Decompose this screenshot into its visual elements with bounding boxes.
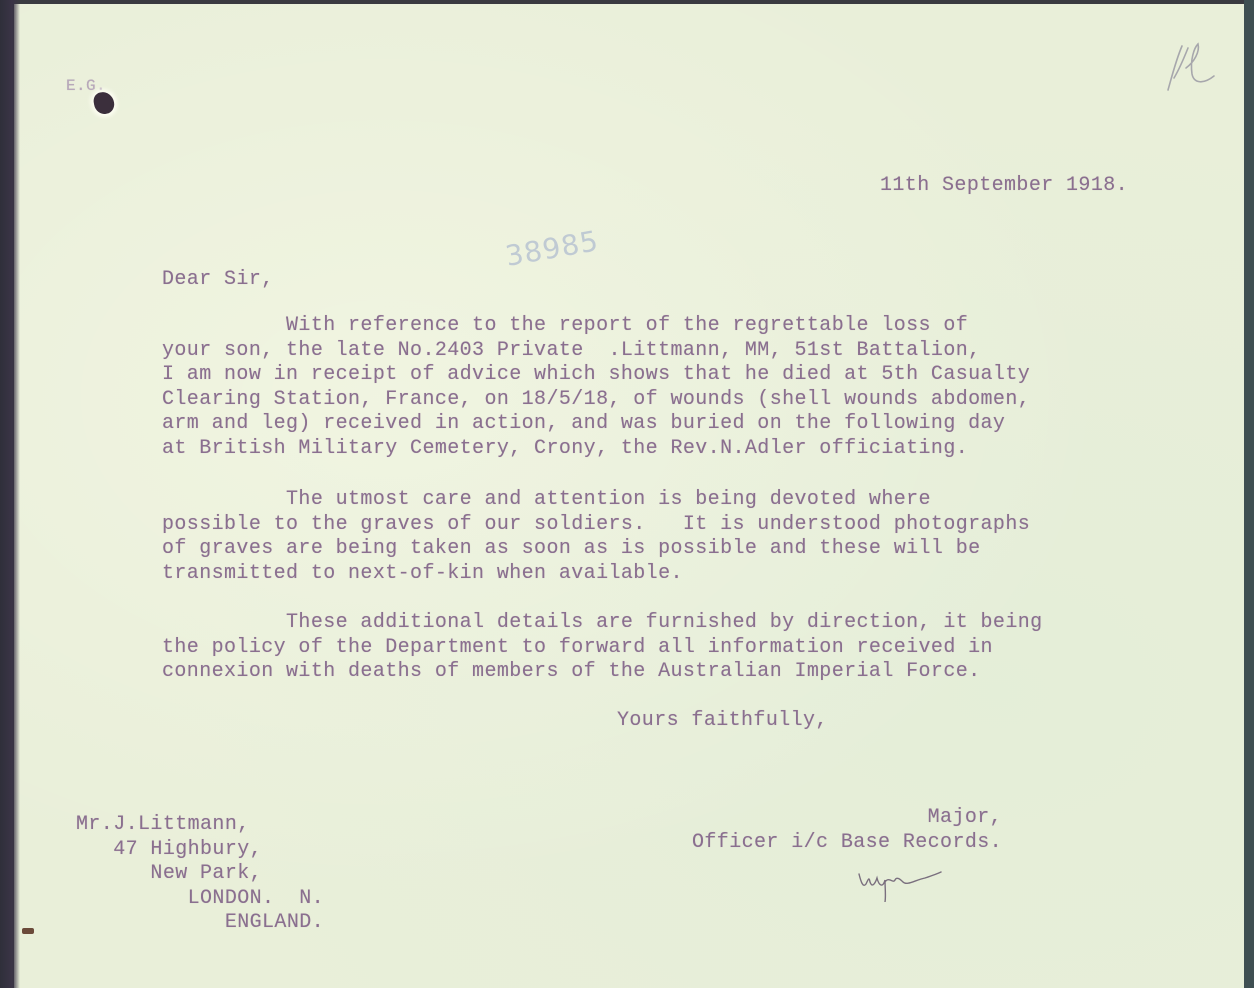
paragraph-line: connexion with deaths of members of the … [162,660,1043,685]
signatory-title: Officer i/c Base Records. [692,831,1002,856]
address-line: 47 Highbury, [76,838,324,863]
paper-top-edge [0,0,1254,4]
paragraph-line: These additional details are furnished b… [162,611,1043,636]
address-line: New Park, [76,862,324,887]
closing: Yours faithfully, [617,709,828,734]
signature-block: Major,Officer i/c Base Records. [692,806,1002,855]
paragraph-line: With reference to the report of the regr… [162,314,1030,339]
paragraph-1: With reference to the report of the regr… [162,314,1030,461]
paragraph-line: I am now in receipt of advice which show… [162,363,1030,388]
address-line: ENGLAND. [76,911,324,936]
stray-mark [22,928,34,934]
letter-date: 11th September 1918. [880,174,1128,199]
paragraph-line: your son, the late No.2403 Private .Litt… [162,339,1030,364]
scanned-document: E.G. 11th September 1918. 38985 Dear Sir… [0,0,1254,988]
paragraph-line: The utmost care and attention is being d… [162,488,1030,513]
address-line: LONDON. N. [76,887,324,912]
paragraph-line: at British Military Cemetery, Crony, the… [162,437,1030,462]
corner-initials-pencil-icon [1160,38,1220,98]
signatory-rank: Major, [692,806,1002,831]
paper-left-edge [0,0,20,988]
paragraph-line: the policy of the Department to forward … [162,636,1043,661]
paragraph-2: The utmost care and attention is being d… [162,488,1030,586]
paragraph-line: transmitted to next-of-kin when availabl… [162,562,1030,587]
paragraph-line: of graves are being taken as soon as is … [162,537,1030,562]
paragraph-line: arm and leg) received in action, and was… [162,412,1030,437]
addressee-block: Mr.J.Littmann, 47 Highbury, New Park, LO… [76,813,324,936]
salutation: Dear Sir, [162,268,274,293]
paper-right-edge [1244,0,1254,988]
paragraph-line: possible to the graves of our soldiers. … [162,513,1030,538]
paragraph-3: These additional details are furnished b… [162,611,1043,685]
address-line: Mr.J.Littmann, [76,813,324,838]
handwritten-initials-icon [855,862,945,902]
paragraph-line: Clearing Station, France, on 18/5/18, of… [162,388,1030,413]
